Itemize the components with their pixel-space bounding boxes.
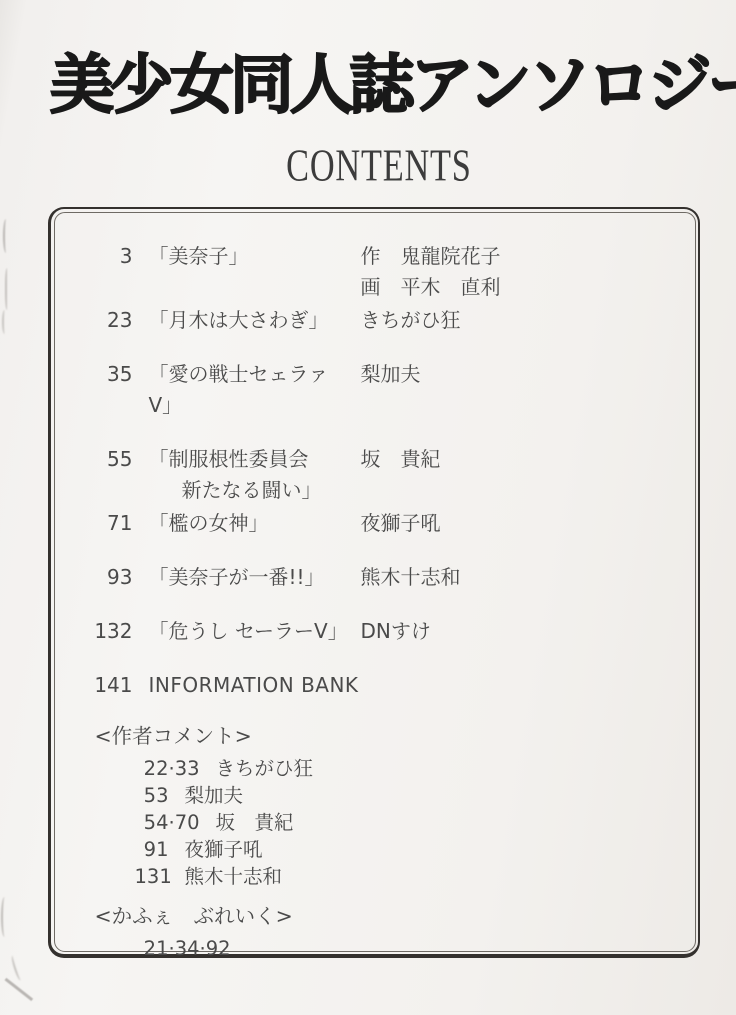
toc-entry-row: 141 INFORMATION BANK	[81, 670, 681, 701]
author-comments-heading: <作者コメント>	[95, 721, 681, 751]
entry-author: 坂 貴紀	[361, 444, 681, 506]
cafe-break-section: <かふぇ ぶれいく> 21·34·92	[81, 901, 681, 963]
comment-row: 53梨加夫	[81, 782, 681, 809]
entry-title: 「愛の戦士セェラァV」	[149, 359, 345, 421]
scan-artifact	[5, 268, 10, 310]
comment-author: 坂 貴紀	[216, 809, 294, 836]
entry-page-number: 132	[81, 616, 133, 647]
comment-page-number: 91	[135, 836, 169, 863]
comment-row: 91夜獅子吼	[81, 836, 681, 863]
contents-heading: CONTENTS	[286, 139, 471, 192]
toc-entry-row: 3 「美奈子」 作 鬼龍院花子画 平木 直利	[81, 241, 681, 303]
entry-title: 「檻の女神」	[149, 508, 345, 539]
entry-author: 作 鬼龍院花子画 平木 直利	[361, 241, 681, 303]
entry-author: きちがひ狂	[361, 305, 681, 336]
entry-title: 「美奈子が一番!!」	[149, 562, 345, 593]
entry-page-number: 93	[81, 562, 133, 593]
comment-row: 131熊木十志和	[81, 863, 681, 890]
comment-author: 熊木十志和	[185, 863, 283, 890]
toc-entry-row: 55 「制服根性委員会新たなる闘い」 坂 貴紀	[81, 444, 681, 506]
scan-artifact	[3, 219, 9, 253]
entry-title: 「制服根性委員会新たなる闘い」	[149, 444, 345, 506]
entry-title: 「美奈子」	[149, 241, 345, 303]
contents-heading-wrap: CONTENTS	[0, 140, 736, 191]
comment-author: 夜獅子吼	[185, 836, 263, 863]
author-comments-section: <作者コメント> 22·33きちがひ狂 53梨加夫 54·70坂 貴紀 91夜獅…	[81, 721, 681, 890]
entry-author: 夜獅子吼	[361, 508, 681, 539]
book-title-text: 美少女同人誌アンソロジー	[50, 49, 736, 123]
scan-artifact	[2, 310, 7, 334]
comment-row: 54·70坂 貴紀	[81, 809, 681, 836]
scanned-contents-page: { "page": { "title": "美少女同人誌アンソロジー", "ti…	[0, 0, 736, 1015]
contents-list: 3 「美奈子」 作 鬼龍院花子画 平木 直利 23 「月木は大さわぎ」 きちがひ…	[55, 213, 695, 963]
comment-page-number: 54	[135, 809, 169, 836]
entry-page-number: 3	[81, 241, 133, 303]
comment-page-number: 53	[135, 782, 169, 809]
entry-author: 梨加夫	[361, 359, 681, 421]
scan-artifact	[1, 897, 8, 937]
entry-page-number: 35	[81, 359, 133, 421]
cafe-page-number: 21	[135, 935, 169, 963]
cafe-break-row: 21·34·92	[81, 935, 681, 963]
comment-row: 22·33きちがひ狂	[81, 755, 681, 782]
entry-title: 「月木は大さわぎ」	[149, 305, 345, 336]
comment-author: きちがひ狂	[216, 755, 314, 782]
comment-author: 梨加夫	[185, 782, 244, 809]
cafe-break-heading: <かふぇ ぶれいく>	[95, 901, 681, 931]
entry-page-number: 55	[81, 444, 133, 506]
scan-artifact	[10, 955, 23, 981]
entry-author: 熊木十志和	[361, 562, 681, 593]
entry-page-number: 141	[81, 670, 133, 701]
toc-entry-row: 93 「美奈子が一番!!」 熊木十志和	[81, 562, 681, 593]
entry-author: DNすけ	[361, 616, 681, 647]
toc-entry-row: 71 「檻の女神」 夜獅子吼	[81, 508, 681, 539]
comment-page-number: 22	[135, 755, 169, 782]
scan-artifact	[5, 978, 33, 1001]
contents-box: 3 「美奈子」 作 鬼龍院花子画 平木 直利 23 「月木は大さわぎ」 きちがひ…	[48, 207, 700, 958]
toc-entry-row: 35 「愛の戦士セェラァV」 梨加夫	[81, 359, 681, 421]
toc-entry-row: 23 「月木は大さわぎ」 きちがひ狂	[81, 305, 681, 336]
entry-page-number: 23	[81, 305, 133, 336]
comment-page-number: 131	[135, 863, 169, 890]
entry-title: INFORMATION BANK	[149, 670, 681, 701]
book-title: 美少女同人誌アンソロジー3	[50, 54, 736, 132]
toc-entry-row: 132 「危うし セーラーV」 DNすけ	[81, 616, 681, 647]
entry-title: 「危うし セーラーV」	[149, 616, 345, 647]
entry-page-number: 71	[81, 508, 133, 539]
contents-box-inner-border: 3 「美奈子」 作 鬼龍院花子画 平木 直利 23 「月木は大さわぎ」 きちがひ…	[54, 212, 696, 952]
